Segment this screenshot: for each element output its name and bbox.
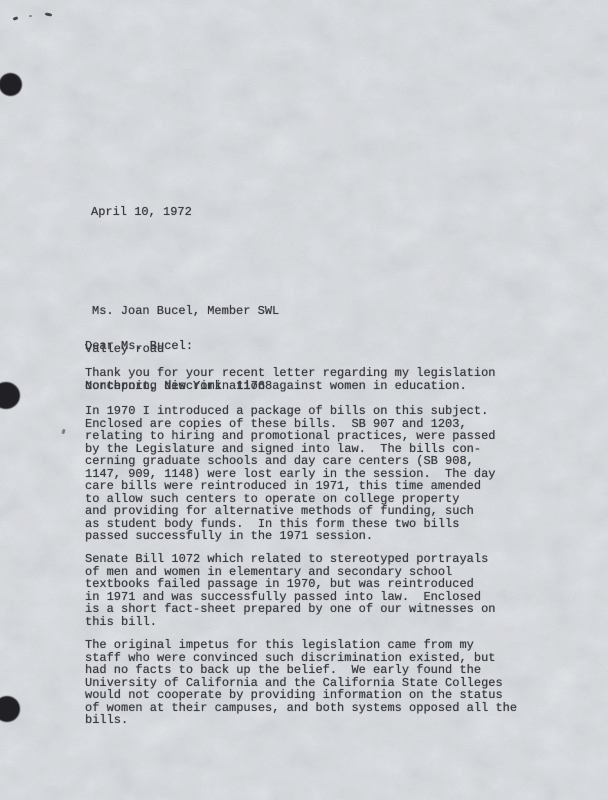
ink-speck <box>29 15 32 17</box>
letter-paragraph-4: The original impetus for this legislatio… <box>85 639 517 727</box>
salutation: Dear Ms. Bucel: <box>85 340 193 353</box>
letter-paragraph-3: Senate Bill 1072 which related to stereo… <box>85 553 495 628</box>
punch-hole-top <box>0 73 22 96</box>
date-line: April 10, 1972 <box>91 206 192 219</box>
scanned-letter-page: April 10, 1972 Ms. Joan Bucel, Member SW… <box>0 0 608 800</box>
address-name-line: Ms. Joan Bucel, Member SWL <box>85 305 279 318</box>
letter-paragraph-1: Thank you for your recent letter regardi… <box>85 367 495 392</box>
letter-paragraph-2: In 1970 I introduced a package of bills … <box>85 405 495 543</box>
